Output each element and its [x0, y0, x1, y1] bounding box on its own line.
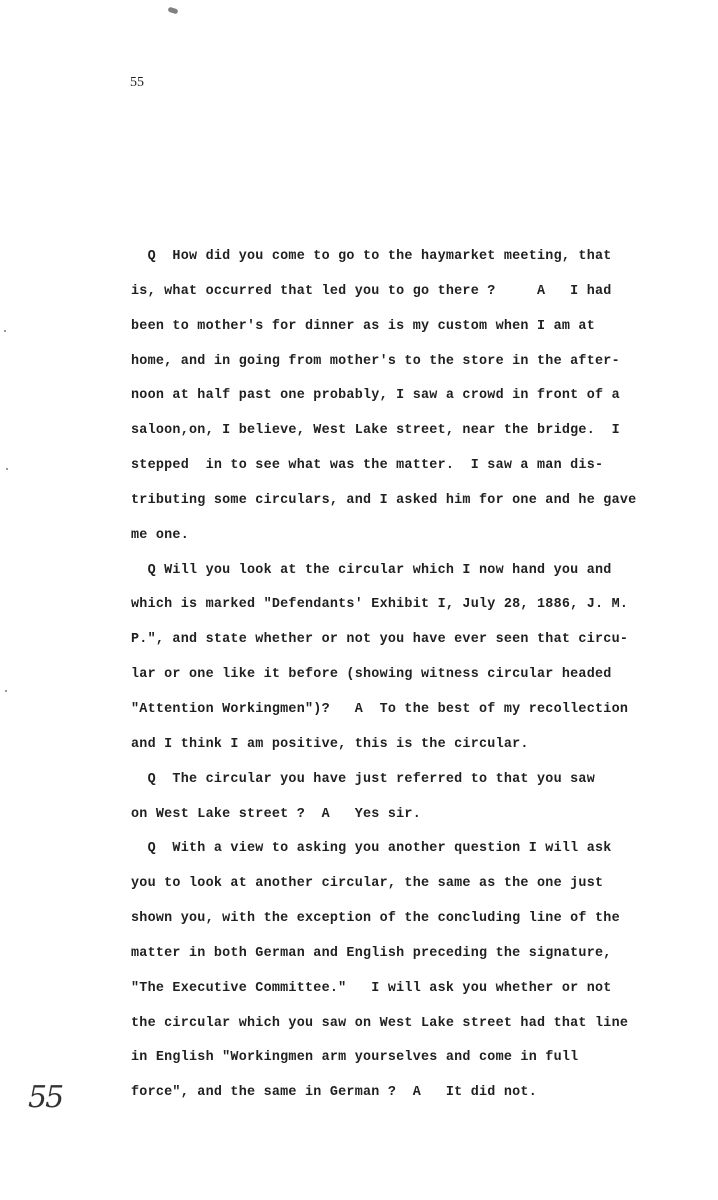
margin-mark — [4, 330, 6, 332]
text-line: noon at half past one probably, I saw a … — [131, 383, 691, 418]
text-line: saloon,on, I believe, West Lake street, … — [131, 418, 691, 453]
text-line: P.", and state whether or not you have e… — [131, 627, 691, 662]
text-line: force", and the same in German ? A It di… — [131, 1080, 691, 1115]
text-line: "Attention Workingmen")? A To the best o… — [131, 697, 691, 732]
transcript-body: Q How did you come to go to the haymarke… — [131, 244, 691, 1115]
handwritten-page-number: 55 — [28, 1080, 62, 1115]
text-line: home, and in going from mother's to the … — [131, 349, 691, 384]
text-line: "The Executive Committee." I will ask yo… — [131, 976, 691, 1011]
ink-speck — [167, 7, 178, 15]
text-line: Q With a view to asking you another ques… — [131, 836, 691, 871]
text-line: me one. — [131, 523, 691, 558]
text-line: stepped in to see what was the matter. I… — [131, 453, 691, 488]
text-line: Q Will you look at the circular which I … — [131, 558, 691, 593]
margin-mark — [5, 690, 7, 692]
text-line: matter in both German and English preced… — [131, 941, 691, 976]
text-line: the circular which you saw on West Lake … — [131, 1011, 691, 1046]
text-line: Q The circular you have just referred to… — [131, 767, 691, 802]
text-line: shown you, with the exception of the con… — [131, 906, 691, 941]
margin-mark — [6, 468, 8, 470]
text-line: on West Lake street ? A Yes sir. — [131, 802, 691, 837]
page-number: 55 — [130, 75, 144, 91]
text-line: tributing some circulars, and I asked hi… — [131, 488, 691, 523]
text-line: Q How did you come to go to the haymarke… — [131, 244, 691, 279]
text-line: been to mother's for dinner as is my cus… — [131, 314, 691, 349]
text-line: in English "Workingmen arm yourselves an… — [131, 1045, 691, 1080]
text-line: and I think I am positive, this is the c… — [131, 732, 691, 767]
text-line: you to look at another circular, the sam… — [131, 871, 691, 906]
text-line: which is marked "Defendants' Exhibit I, … — [131, 592, 691, 627]
text-line: is, what occurred that led you to go the… — [131, 279, 691, 314]
text-line: lar or one like it before (showing witne… — [131, 662, 691, 697]
